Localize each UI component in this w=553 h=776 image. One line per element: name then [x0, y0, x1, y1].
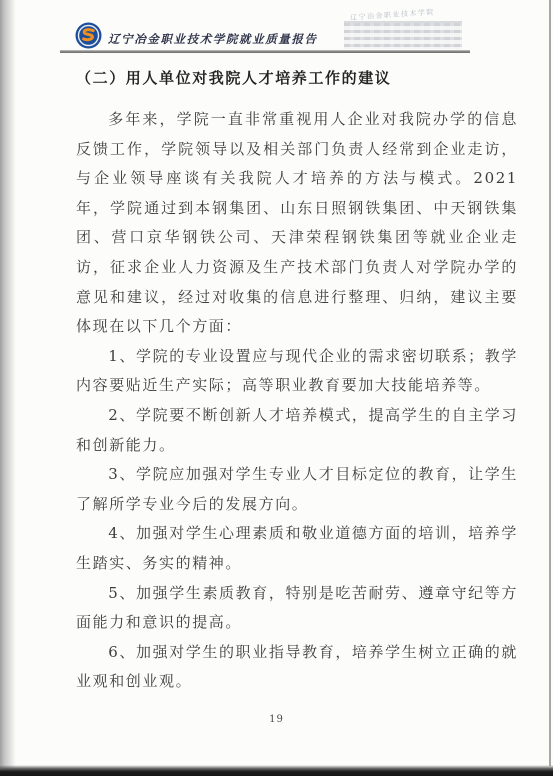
page-number: 19 [269, 714, 284, 725]
building-windows-graphic [344, 21, 462, 49]
header-rule [60, 50, 470, 53]
scan-edge-bottom [0, 765, 553, 776]
college-emblem-icon [75, 22, 102, 49]
suggestion-item-4: 4、加强对学生心理素质和敬业道德方面的培训，培养学生踏实、务实的精神。 [76, 519, 518, 578]
scanned-report-page: 辽宁冶金职业技术学院就业质量报告 辽宁冶金职业技术学院 （二）用人单位对我院人才… [0, 0, 553, 776]
suggestion-item-5: 5、加强学生素质教育，特别是吃苦耐劳、遵章守纪等方面能力和意识的提高。 [76, 579, 518, 638]
suggestion-item-2: 2、学院要不断创新人才培养模式，提高学生的自主学习和创新能力。 [76, 401, 518, 460]
suggestion-item-3: 3、学院应加强对学生专业人才目标定位的教育，让学生了解所学专业今后的发展方向。 [76, 460, 518, 519]
suggestion-item-6: 6、加强对学生的职业指导教育，培养学生树立正确的就业观和创业观。 [76, 638, 518, 697]
scan-edge-left [0, 0, 16, 776]
paragraph-intro: 多年来，学院一直非常重视用人企业对我院办学的信息反馈工作，学院领导以及相关部门负… [76, 105, 518, 342]
report-title: 辽宁冶金职业技术学院就业质量报告 [108, 31, 318, 47]
document-body: （二）用人单位对我院人才培养工作的建议 多年来，学院一直非常重视用人企业对我院办… [76, 67, 518, 697]
page-footer: 19 [0, 707, 553, 726]
building-watermark-image: 辽宁冶金职业技术学院 [344, 7, 462, 49]
scan-page-edge-right [549, 0, 551, 766]
section-heading: （二）用人单位对我院人才培养工作的建议 [76, 67, 518, 88]
suggestion-item-1: 1、学院的专业设置应与现代企业的需求密切联系；教学内容要贴近生产实际；高等职业教… [76, 342, 518, 401]
